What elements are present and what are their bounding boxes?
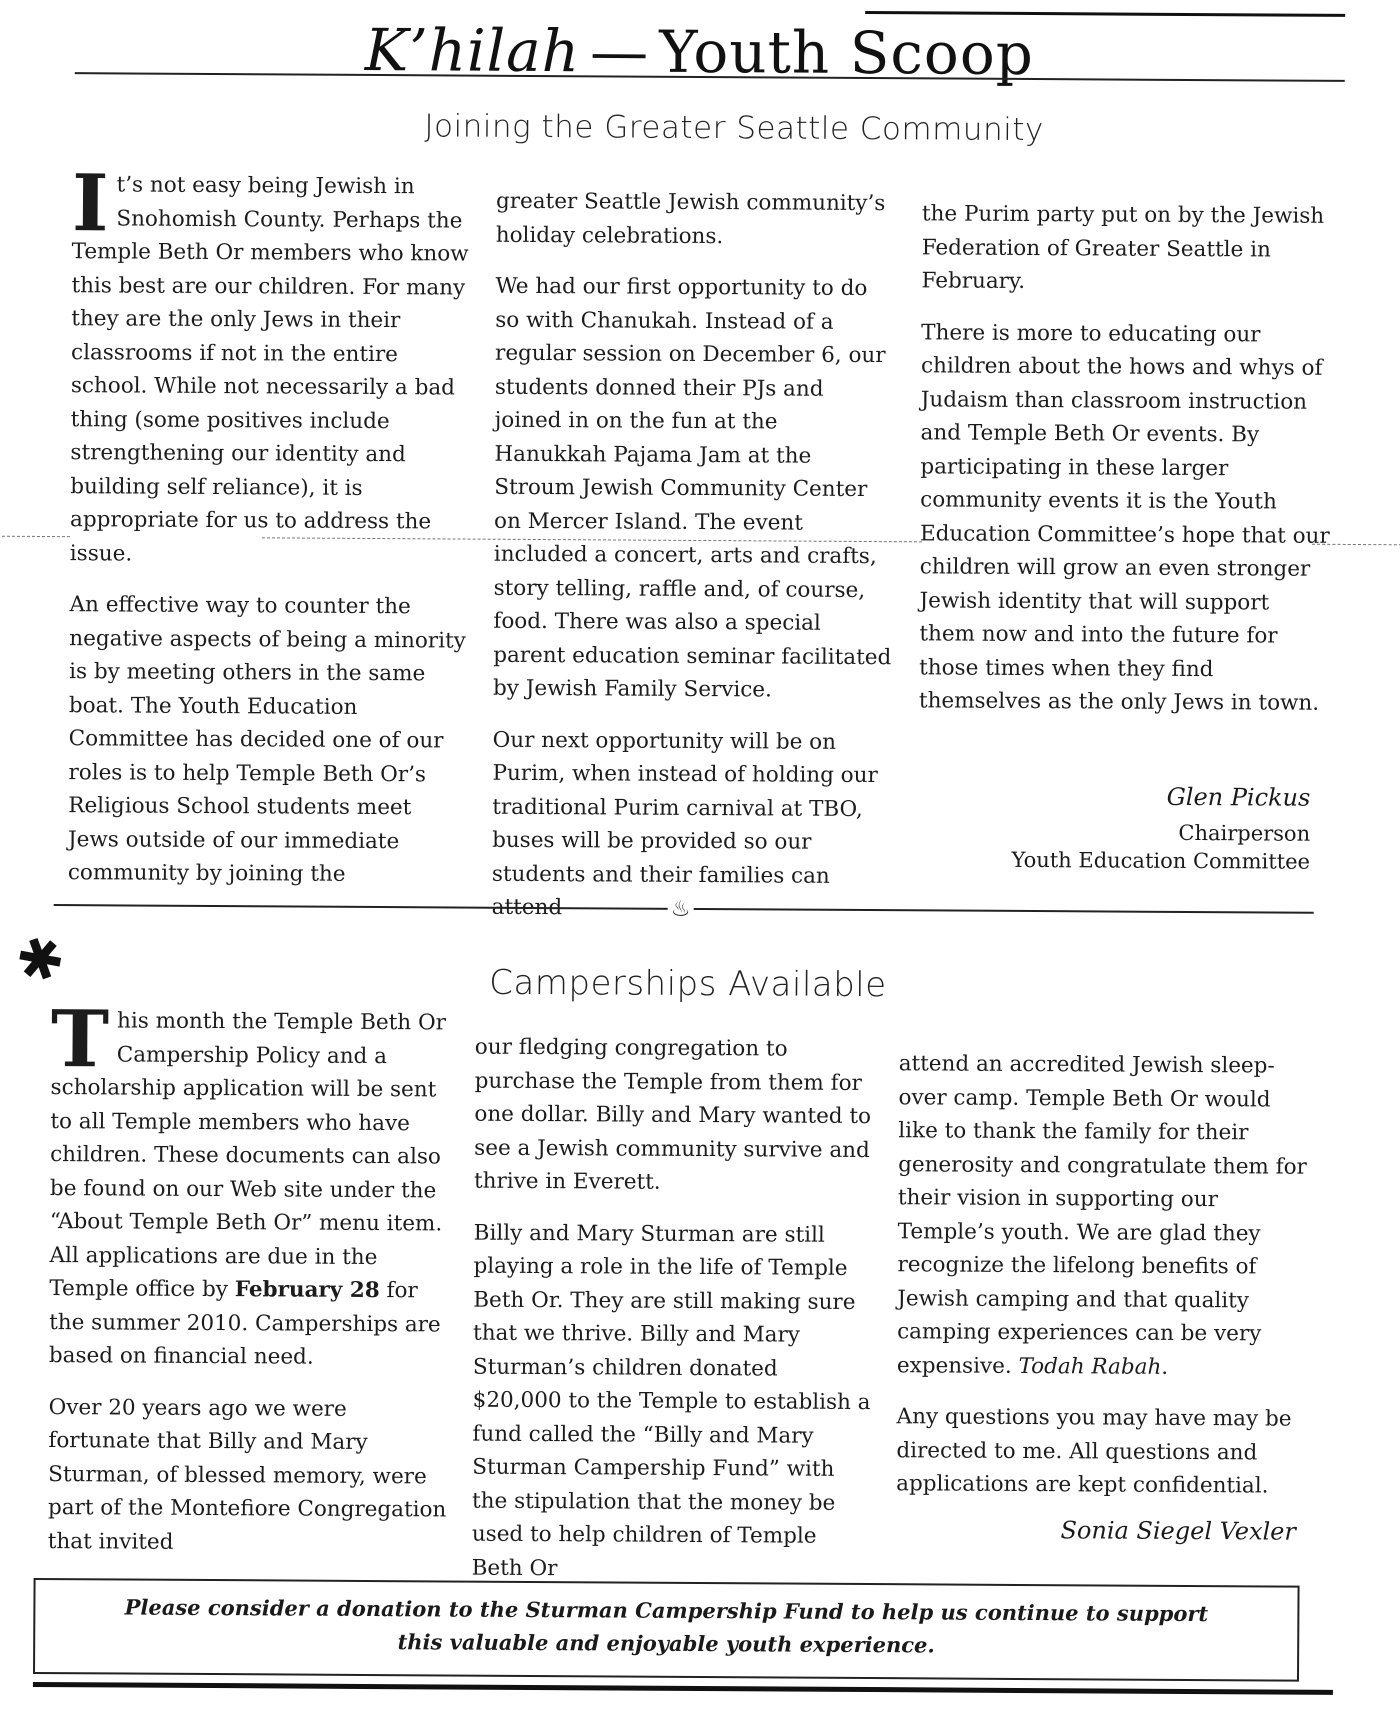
handwritten-asterisk-icon: ✱ xyxy=(8,922,74,999)
drop-cap: T xyxy=(51,1010,109,1070)
article1-paragraph: We had our first opportunity to do so wi… xyxy=(493,270,896,708)
article2-column-2: our fledging congregation to purchase th… xyxy=(472,1031,875,1587)
drop-cap: I xyxy=(72,174,109,234)
article2-paragraph: Over 20 years ago we were fortunate that… xyxy=(48,1391,454,1561)
article2-paragraph: attend an accredited Jewish sleep-over c… xyxy=(897,1047,1309,1384)
article2-paragraph: Any questions you may have may be direct… xyxy=(896,1400,1307,1503)
signature-sonia-siegel-vexler: Sonia Siegel Vexler xyxy=(986,1516,1296,1546)
article2-column-3: attend an accredited Jewish sleep-over c… xyxy=(896,1047,1309,1503)
donation-callout-text: Please consider a donation to the Sturma… xyxy=(35,1590,1297,1664)
article1-text: t’s not easy being Jewish in Snohomish C… xyxy=(70,172,469,566)
signature-glen-pickus: Glen Pickus xyxy=(960,782,1310,812)
signature-role: Chairperson xyxy=(960,818,1310,848)
article1-signature-block: Glen Pickus Chairperson Youth Education … xyxy=(960,782,1311,876)
scan-artifact-line xyxy=(2,536,70,538)
article1-paragraph: the Purim party put on by the Jewish Fed… xyxy=(921,197,1332,300)
article1-paragraph: It’s not easy being Jewish in Snohomish … xyxy=(70,168,472,572)
article2-column-1: This month the Temple Beth Or Campership… xyxy=(48,1004,456,1560)
article2-paragraph: our fledging congregation to purchase th… xyxy=(474,1031,875,1201)
donation-callout-box: Please consider a donation to the Sturma… xyxy=(33,1578,1300,1682)
signature-committee: Youth Education Committee xyxy=(960,846,1310,876)
todah-rabah: Todah Rabah xyxy=(1018,1353,1161,1379)
article1-column-2: greater Seattle Jewish community’s holid… xyxy=(492,185,897,927)
article1-column-3: the Purim party put on by the Jewish Fed… xyxy=(919,197,1332,720)
section-title-joining: Joining the Greater Seattle Community xyxy=(424,108,1044,148)
article2-text: attend an accredited Jewish sleep-over c… xyxy=(897,1051,1307,1378)
masthead-row: K’hilah—Youth Scoop xyxy=(75,10,1346,108)
bottom-rule xyxy=(33,1682,1333,1695)
article1-column-1: It’s not easy being Jewish in Snohomish … xyxy=(68,168,472,892)
article2-text: . xyxy=(1161,1354,1168,1379)
section-title-camperships: Camperships Available xyxy=(489,963,887,1005)
flame-ornament-icon: ♨ xyxy=(668,896,694,926)
newsletter-page: K’hilah—Youth Scoop Joining the Greater … xyxy=(0,0,1400,1716)
article2-paragraph: This month the Temple Beth Or Campership… xyxy=(49,1004,456,1375)
article2-paragraph: Billy and Mary Sturman are still playing… xyxy=(472,1216,874,1587)
article1-paragraph: greater Seattle Jewish community’s holid… xyxy=(496,185,896,254)
deadline-date: February 28 xyxy=(235,1277,380,1303)
article1-paragraph: There is more to educating our children … xyxy=(919,316,1331,720)
article1-paragraph: An effective way to counter the negative… xyxy=(68,588,470,892)
